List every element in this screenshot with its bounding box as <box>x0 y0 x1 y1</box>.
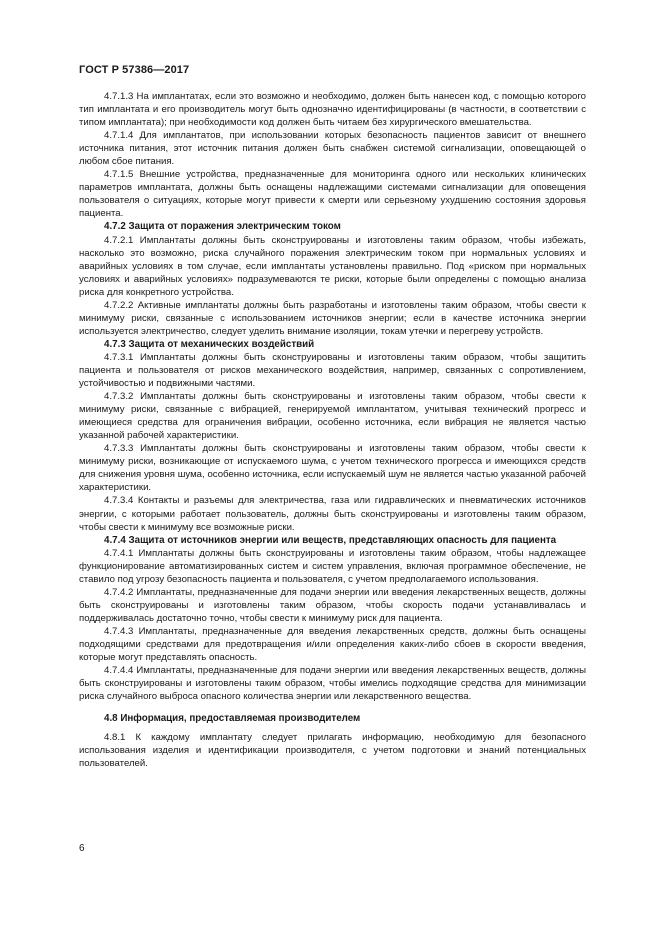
section-heading-4-7-4: 4.7.4 Защита от источников энергии или в… <box>79 534 586 547</box>
clause-4-7-3-3: 4.7.3.3 Имплантаты должны быть сконструи… <box>79 442 586 494</box>
clause-4-7-2-2: 4.7.2.2 Активные имплантаты должны быть … <box>79 299 586 338</box>
clause-4-7-3-4: 4.7.3.4 Контакты и разъемы для электриче… <box>79 494 586 533</box>
clause-4-7-4-4: 4.7.4.4 Имплантаты, предназначенные для … <box>79 664 586 703</box>
page-number: 6 <box>79 843 85 854</box>
clause-4-7-3-1: 4.7.3.1 Имплантаты должны быть сконструи… <box>79 351 586 390</box>
clause-4-7-1-3: 4.7.1.3 На имплантатах, если это возможн… <box>79 90 586 129</box>
clause-4-7-3-2: 4.7.3.2 Имплантаты должны быть сконструи… <box>79 390 586 442</box>
clause-4-8-1: 4.8.1 К каждому имплантату следует прила… <box>79 731 586 770</box>
clause-4-7-4-1: 4.7.4.1 Имплантаты должны быть сконструи… <box>79 547 586 586</box>
clause-4-7-4-2: 4.7.4.2 Имплантаты, предназначенные для … <box>79 586 586 625</box>
section-heading-4-8: 4.8 Информация, предоставляемая производ… <box>79 712 586 725</box>
clause-4-7-2-1: 4.7.2.1 Имплантаты должны быть сконструи… <box>79 234 586 299</box>
clause-4-7-1-5: 4.7.1.5 Внешние устройства, предназначен… <box>79 168 586 220</box>
section-heading-4-7-2: 4.7.2 Защита от поражения электрическим … <box>79 220 586 233</box>
section-heading-4-7-3: 4.7.3 Защита от механических воздействий <box>79 338 586 351</box>
clause-4-7-1-4: 4.7.1.4 Для имплантатов, при использован… <box>79 129 586 168</box>
clause-4-7-4-3: 4.7.4.3 Имплантаты, предназначенные для … <box>79 625 586 664</box>
document-body: 4.7.1.3 На имплантатах, если это возможн… <box>79 90 586 770</box>
document-header-id: ГОСТ Р 57386—2017 <box>79 64 189 76</box>
